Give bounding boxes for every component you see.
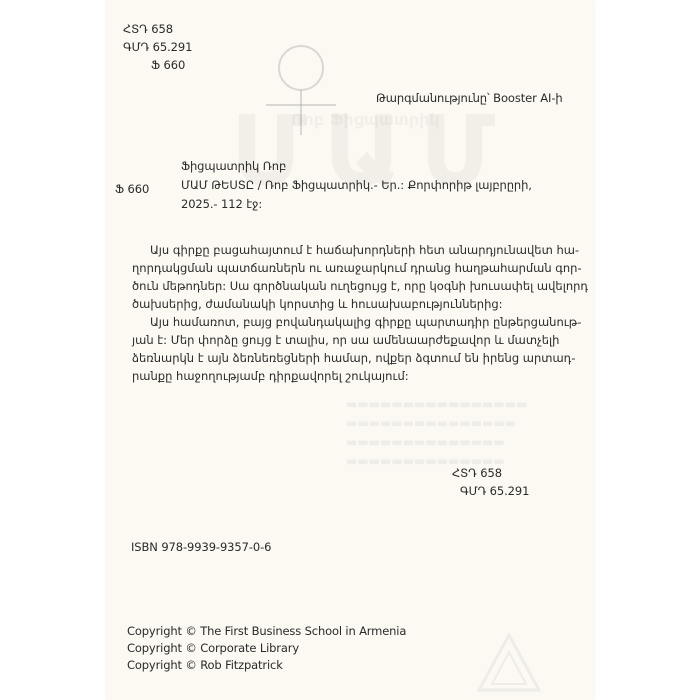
catalog-publication-line: 2025.- 112 էջ:	[181, 196, 532, 215]
copyright-line: Copyright © The First Business School in…	[127, 623, 406, 640]
catalog-author: Ֆիցպատրիկ Ռոբ	[181, 158, 532, 177]
copyright-line: Copyright © Corporate Library	[127, 640, 406, 657]
author-mark: Ֆ 660	[123, 57, 192, 75]
classification-bottom: ՀՏԴ 658 ԳՄԴ 65.291	[452, 465, 529, 501]
catalog-entry: Ֆիցպատրիկ Ռոբ ՄԱՄ ԹԵՍՏԸ / Ռոբ Ֆիցպատրիկ.…	[181, 158, 532, 215]
copyright-line: Copyright © Rob Fitzpatrick	[127, 657, 406, 674]
catalog-title-line: ՄԱՄ ԹԵՍՏԸ / Ռոբ Ֆիցպատրիկ.- Եր.: Քորփորի…	[181, 177, 532, 196]
abstract-paragraph-2: Այս համառոտ, բայց բովանդակալից գիրքը պար…	[132, 313, 574, 385]
classification-top: ՀՏԴ 658 ԳՄԴ 65.291 Ֆ 660	[123, 21, 192, 75]
copyright-block: Copyright © The First Business School in…	[127, 623, 406, 674]
catalog-author-mark: Ֆ 660	[115, 181, 149, 198]
book-copyright-page: ՄԱՄ Ռոբ Ֆիցպատրիկ ▬▬▬▬▬▬▬▬▬▬▬▬▬▬▬▬▬▬▬▬▬▬…	[106, 0, 594, 700]
abstract-line: Այս համառոտ, բայց բովանդակալից գիրքը պար…	[132, 313, 574, 331]
show-through-subtitle: Ռոբ Ֆիցպատրիկ	[291, 110, 440, 129]
udc-code: ՀՏԴ 658	[452, 465, 529, 483]
abstract-line: րանքը հաջողությամբ դիրքավորել շուկայում:	[132, 367, 574, 385]
show-through-lines: ▬▬▬▬▬▬▬▬▬▬▬▬▬▬▬▬▬▬▬▬▬▬▬▬▬▬▬▬▬▬▬▬▬▬▬▬▬▬▬▬…	[346, 395, 527, 471]
bbk-code: ԳՄԴ 65.291	[123, 39, 192, 57]
udc-code: ՀՏԴ 658	[123, 21, 192, 39]
abstract: Այս գիրքը բացահայտում է հաճախորդների հետ…	[132, 241, 574, 385]
translator-credit: Թարգմանությունը՝ Booster AI-ի	[376, 90, 563, 107]
abstract-line: ղորդակցման պատճառներն ու առաջարկում դրան…	[132, 259, 574, 277]
bbk-code: ԳՄԴ 65.291	[452, 483, 529, 501]
abstract-line: ծախսերից, ժամանակի կորստից և հուսախաբութ…	[132, 295, 574, 313]
publisher-logo-show-through	[474, 630, 544, 700]
show-through-figure	[256, 40, 346, 140]
abstract-line: ծուն մեթոդներ: Սա գործնական ուղեցույց է,…	[132, 277, 574, 295]
abstract-line: Այս գիրքը բացահայտում է հաճախորդների հետ…	[132, 241, 574, 259]
isbn: ISBN 978-9939-9357-0-6	[131, 539, 271, 556]
abstract-paragraph-1: Այս գիրքը բացահայտում է հաճախորդների հետ…	[132, 241, 574, 313]
abstract-line: ձեռնարկն է այն ձեռնեռեցների համար, ովքեր…	[132, 349, 574, 367]
abstract-line: յան է: Մեր փորձը ցույց է տալիս, որ սա ամ…	[132, 331, 574, 349]
